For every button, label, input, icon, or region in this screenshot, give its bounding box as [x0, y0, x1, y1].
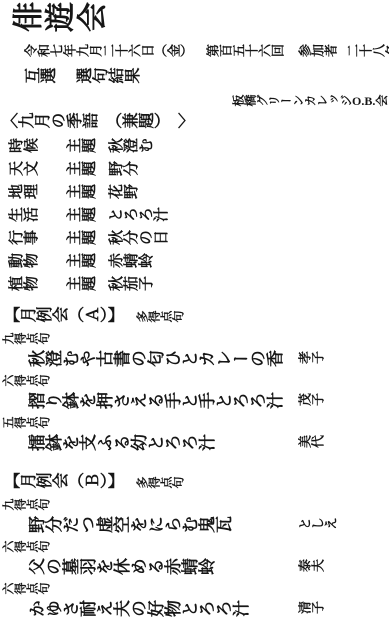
kigo-row: 動物 主題 赤蜻蛉	[0, 251, 389, 274]
haiku-text: かゆさ耐え夫の好物とろろ汁	[28, 601, 249, 620]
haiku-line: 父の墓羽を休める赤蜻蛉 泰夫	[0, 556, 389, 581]
kigo-value: 秋分の日	[108, 228, 168, 251]
kigo-value: 秋澄む	[108, 136, 153, 159]
haiku-text: 摺り鉢を押さえる手と手とろろ汁	[28, 393, 283, 412]
kigo-value: 花野	[108, 182, 138, 205]
kigo-category: 天文	[8, 159, 38, 182]
kigo-row: 地理 主題 花野	[0, 182, 389, 205]
section-a-subheading: 多得点句	[136, 303, 184, 331]
selection-line: 互選 選句結果	[0, 66, 389, 90]
kigo-row: 時候 主題 秋澄む	[0, 136, 389, 159]
selection-result-label: 選句結果	[76, 66, 140, 90]
haiku-line: 野分だつ虚空をにらむ鬼瓦 としえ	[0, 514, 389, 539]
haiku-line: 摺り鉢を押さえる手と手とろろ汁 茂子	[0, 390, 389, 415]
points-label: 六得点句	[0, 581, 389, 598]
kigo-category: 行事	[8, 228, 38, 251]
section-b-heading: 【月例会（Ｂ）】 多得点句	[0, 469, 389, 497]
haiku-line: 擂鉢を支ふる幼とろろ汁 美代	[0, 432, 389, 457]
haiku-text: 擂鉢を支ふる幼とろろ汁	[28, 435, 215, 454]
haiku-author: 泰夫	[298, 559, 324, 574]
kigo-row: 行事 主題 秋分の日	[0, 228, 389, 251]
date-line: 令和七年九月二十六日（金） 第百五十六回 参加者 二十八名	[0, 40, 389, 64]
kigo-row: 植物 主題 秋茄子	[0, 274, 389, 297]
kigo-category: 動物	[8, 251, 38, 274]
haiku-text: 父の墓羽を休める赤蜻蛉	[28, 559, 215, 578]
kigo-category: 地理	[8, 182, 38, 205]
kigo-label: 主題	[66, 251, 96, 274]
kigo-row: 生活 主題 とろろ汁	[0, 205, 389, 228]
haiku-author: 美代	[298, 435, 324, 450]
section-a-heading: 【月例会（Ａ）】 多得点句	[0, 303, 389, 331]
kigo-section-heading: 〈九月の季語 （兼題） 〉	[0, 110, 389, 136]
selection-method: 互選	[24, 69, 56, 86]
kigo-label: 主題	[66, 159, 96, 182]
points-label: 五得点句	[0, 415, 389, 432]
haiku-author: としえ	[298, 517, 337, 532]
kigo-label: 主題	[66, 205, 96, 228]
haiku-line: 秋澄むや古書の匂ひとカレーの香 孝子	[0, 348, 389, 373]
haiku-author: 清子	[298, 601, 324, 616]
section-a-title: 【月例会（Ａ）】	[4, 308, 124, 325]
haiku-text: 秋澄むや古書の匂ひとカレーの香	[28, 351, 283, 370]
page-title: 俳遊会	[0, 4, 389, 38]
haiku-text: 野分だつ虚空をにらむ鬼瓦	[28, 517, 232, 536]
section-b-subheading: 多得点句	[136, 469, 184, 497]
session-number: 第百五十六回	[206, 40, 284, 64]
rotated-document-sheet: 俳遊会 令和七年九月二十六日（金） 第百五十六回 参加者 二十八名 互選 選句結…	[0, 0, 389, 630]
organization-line: 板橋グリーンカレッジO.B.会	[0, 92, 389, 110]
kigo-label: 主題	[66, 228, 96, 251]
points-label: 六得点句	[0, 539, 389, 556]
points-label: 九得点句	[0, 331, 389, 348]
kigo-value: 秋茄子	[108, 274, 153, 297]
kigo-label: 主題	[66, 136, 96, 159]
section-b-title: 【月例会（Ｂ）】	[4, 474, 124, 491]
kigo-category: 生活	[8, 205, 38, 228]
kigo-label: 主題	[66, 274, 96, 297]
kigo-value: 赤蜻蛉	[108, 251, 153, 274]
date-text: 令和七年九月二十六日（金）	[24, 44, 193, 59]
haiku-author: 茂子	[298, 393, 324, 408]
haiku-line: かゆさ耐え夫の好物とろろ汁 清子	[0, 598, 389, 623]
participants-count: 二十八名	[346, 40, 389, 64]
kigo-category: 植物	[8, 274, 38, 297]
points-label: 九得点句	[0, 497, 389, 514]
participants-label: 参加者	[298, 40, 337, 64]
kigo-row: 天文 主題 野分	[0, 159, 389, 182]
kigo-label: 主題	[66, 182, 96, 205]
kigo-value: とろろ汁	[108, 205, 168, 228]
haiku-author: 孝子	[298, 351, 324, 366]
points-label: 六得点句	[0, 373, 389, 390]
kigo-value: 野分	[108, 159, 138, 182]
kigo-category: 時候	[8, 136, 38, 159]
